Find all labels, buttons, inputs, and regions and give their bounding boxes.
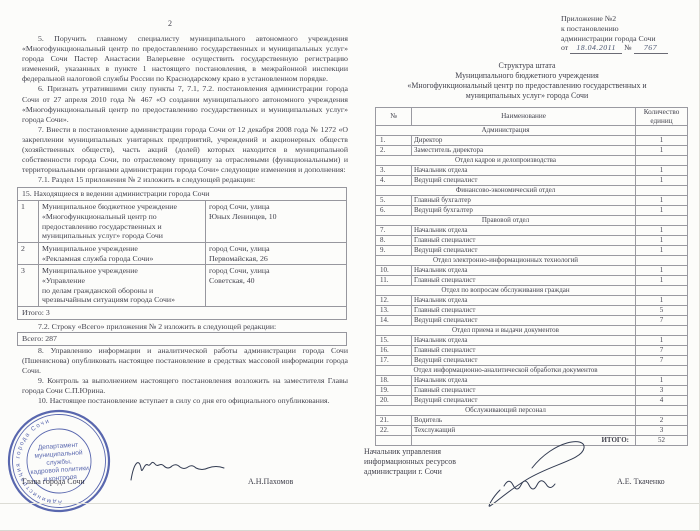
staff-section-row: Администрация (376, 126, 688, 136)
page-number: 2 (168, 19, 172, 28)
position-qty: 1 (636, 146, 688, 156)
staff-position-row: 18.Начальник отдела1 (376, 376, 688, 386)
position-number: 15. (376, 336, 412, 346)
position-qty: 7 (636, 356, 688, 366)
scanned-document: 2 5. Поручить главному специалисту муниц… (0, 0, 700, 531)
staff-position-row: 7.Начальник отдела1 (376, 226, 688, 236)
section-label: Правовой отдел (376, 216, 636, 226)
position-qty: 1 (636, 166, 688, 176)
position-number: 19. (376, 386, 412, 396)
clause-7-2: 7.2. Строку «Всего» приложения № 2 излож… (22, 322, 348, 332)
round-stamp: Администрация города Сочи Департамент му… (2, 404, 115, 517)
title-line: Структура штата (364, 61, 690, 71)
position-qty: 1 (636, 176, 688, 186)
resolution-paragraphs-tail: 8. Управлению информации и аналитической… (22, 346, 348, 407)
section-label: Отдел по вопросам обслуживания граждан (376, 286, 636, 296)
staff-structure-table: № Наименование Количество единиц Админис… (375, 107, 688, 446)
institution-address: город Сочи, улица Юных Ленинцев, 10 (206, 201, 347, 243)
vsego-box: Всего: 287 (17, 332, 347, 346)
col-header-no: № (376, 108, 412, 126)
staff-section-row: Отдел приема и выдачи документов (376, 326, 688, 336)
position-number: 9. (376, 246, 412, 256)
position-number: 12. (376, 296, 412, 306)
position-number: 11. (376, 276, 412, 286)
annex-line: Приложение №2 (561, 14, 690, 24)
position-number: 10. (376, 266, 412, 276)
staff-section-row: Правовой отдел (376, 216, 688, 226)
section-qty-empty (636, 326, 688, 336)
annex-header: Приложение №2к постановлениюадминистраци… (561, 14, 690, 54)
position-name: Главный специалист (412, 346, 636, 356)
staff-position-row: 8.Главный специалист1 (376, 236, 688, 246)
section15-table: 15. Находящиеся в ведении администрации … (17, 187, 347, 319)
signer-title-line: администрации г. Сочи (364, 467, 456, 477)
position-qty: 1 (636, 336, 688, 346)
annex-date-line: от 18.04.2011 № 767 (561, 43, 690, 54)
section-qty-empty (636, 156, 688, 166)
total-empty-cell (376, 436, 412, 446)
position-number: 14. (376, 316, 412, 326)
staff-position-row: 20.Ведущий специалист4 (376, 396, 688, 406)
staff-position-row: 9.Ведущий специалист1 (376, 246, 688, 256)
section15-header: 15. Находящиеся в ведении администрации … (18, 188, 347, 201)
position-qty: 4 (636, 396, 688, 406)
position-number: 22. (376, 426, 412, 436)
staff-position-row: 1.Директор1 (376, 136, 688, 146)
row-number: 3 (18, 265, 39, 307)
position-qty: 1 (636, 206, 688, 216)
row-number: 2 (18, 242, 39, 264)
position-qty: 7 (636, 316, 688, 326)
annex-line: к постановлению (561, 24, 690, 34)
position-name: Главный специалист (412, 386, 636, 396)
svg-text:и контроля: и контроля (43, 474, 77, 483)
position-name: Главный бухгалтер (412, 196, 636, 206)
section-label: Обслуживающий персонал (376, 406, 636, 416)
position-number: 4. (376, 176, 412, 186)
title-line: «Многофункциональный центр по предоставл… (364, 81, 690, 91)
staff-position-row: 21.Водитель2 (376, 416, 688, 426)
title-line: Муниципального бюджетного учреждения (364, 71, 690, 81)
position-name: Начальник отдела (412, 226, 636, 236)
position-number: 8. (376, 236, 412, 246)
staff-table-body: Администрация1.Директор12.Заместитель ди… (376, 126, 688, 436)
section15-header-row: 15. Находящиеся в ведении администрации … (18, 188, 347, 201)
staff-section-row: Отдел электронно-информационных технолог… (376, 256, 688, 266)
annex-lines: Приложение №2к постановлениюадминистраци… (561, 14, 690, 43)
date-prefix: от (561, 43, 568, 52)
page-left-resolution: 2 5. Поручить главному специалисту муниц… (22, 16, 348, 406)
position-qty: 1 (636, 266, 688, 276)
staff-section-row: Обслуживающий персонал (376, 406, 688, 416)
paragraph: 10. Настоящее постановление вступает в с… (22, 396, 348, 406)
right-signer-title: Начальник управленияинформационных ресур… (364, 447, 456, 477)
section-qty-empty (636, 216, 688, 226)
staff-section-row: Отдел кадров и делопроизводства (376, 156, 688, 166)
staff-position-row: 2.Заместитель директора1 (376, 146, 688, 156)
position-name: Главный специалист (412, 276, 636, 286)
position-number: 2. (376, 146, 412, 156)
position-name: Ведущий специалист (412, 246, 636, 256)
annex-line: администрации города Сочи (561, 34, 690, 44)
staff-position-row: 14.Ведущий специалист7 (376, 316, 688, 326)
resolution-paragraphs: 5. Поручить главному специалисту муницип… (22, 34, 348, 185)
position-name: Ведущий специалист (412, 356, 636, 366)
signer-title-line: информационных ресурсов (364, 457, 456, 467)
institution-name: Муниципальное бюджетное учреждение «Мног… (39, 201, 206, 243)
position-number: 21. (376, 416, 412, 426)
paragraph: 7.1. Раздел 15 приложения № 2 изложить в… (22, 175, 348, 185)
position-number: 20. (376, 396, 412, 406)
position-number: 16. (376, 346, 412, 356)
paragraph: 9. Контроль за выполнением настоящего по… (22, 376, 348, 396)
position-number: 17. (376, 356, 412, 366)
section-label: Отдел приема и выдачи документов (376, 326, 636, 336)
position-qty: 1 (636, 226, 688, 236)
staff-position-row: 19.Главный специалист3 (376, 386, 688, 396)
position-number: 13. (376, 306, 412, 316)
staff-section-row: Отдел информационно-аналитической обрабо… (376, 366, 688, 376)
stamp-center-text: Департамент муниципальной службы, кадров… (29, 441, 90, 484)
staff-position-row: 5.Главный бухгалтер1 (376, 196, 688, 206)
section-qty-empty (636, 286, 688, 296)
position-number: 3. (376, 166, 412, 176)
institution-address: город Сочи, улица Первомайская, 26 (206, 242, 347, 264)
position-qty: 1 (636, 236, 688, 246)
section-label: Финансово-экономический отдел (376, 186, 636, 196)
number-label: № (624, 43, 631, 52)
staff-position-row: 6.Ведущий бухгалтер1 (376, 206, 688, 216)
table-row: 1 Муниципальное бюджетное учреждение «Мн… (18, 201, 347, 243)
section-qty-empty (636, 256, 688, 266)
paragraph: 7. Внести в постановление администрации … (22, 125, 348, 175)
position-name: Водитель (412, 416, 636, 426)
position-qty: 5 (636, 306, 688, 316)
staff-section-row: Финансово-экономический отдел (376, 186, 688, 196)
col-header-qty: Количество единиц (636, 108, 688, 126)
position-number: 18. (376, 376, 412, 386)
section-label: Администрация (376, 126, 636, 136)
position-number: 5. (376, 196, 412, 206)
signer-title-line: Начальник управления (364, 447, 456, 457)
position-name: Ведущий специалист (412, 396, 636, 406)
staff-position-row: 16.Главный специалист7 (376, 346, 688, 356)
scan-page-edge (0, 503, 700, 504)
position-name: Заместитель директора (412, 146, 636, 156)
position-qty: 1 (636, 376, 688, 386)
right-signer-name: А.Е. Ткаченко (617, 477, 665, 486)
table-row: 3 Муниципальное учреждение «Управление п… (18, 265, 347, 307)
page-right-annex: Приложение №2к постановлениюадминистраци… (364, 14, 690, 446)
position-number: 1. (376, 136, 412, 146)
position-qty: 7 (636, 346, 688, 356)
staff-section-row: Отдел по вопросам обслуживания граждан (376, 286, 688, 296)
staff-position-row: 3.Начальник отдела1 (376, 166, 688, 176)
staff-position-row: 13.Главный специалист5 (376, 306, 688, 316)
position-qty: 1 (636, 296, 688, 306)
paragraph: 6. Признать утратившими силу пункты 7, 7… (22, 84, 348, 124)
staff-position-row: 12.Начальник отдела1 (376, 296, 688, 306)
paragraph: 5. Поручить главному специалисту муницип… (22, 34, 348, 84)
handwritten-number: 767 (634, 43, 668, 54)
position-number: 7. (376, 226, 412, 236)
position-name: Главный специалист (412, 306, 636, 316)
staff-header-row: № Наименование Количество единиц (376, 108, 688, 126)
institution-address: город Сочи, улица Советская, 40 (206, 265, 347, 307)
annex-title: Структура штатаМуниципального бюджетного… (364, 61, 690, 101)
position-name: Начальник отдела (412, 376, 636, 386)
section-label: Отдел электронно-информационных технолог… (376, 256, 636, 266)
position-qty: 1 (636, 196, 688, 206)
total-value: 52 (636, 436, 688, 446)
handwritten-date: 18.04.2011 (570, 43, 622, 54)
position-number: 6. (376, 206, 412, 216)
position-name: Главный специалист (412, 236, 636, 246)
position-name: Ведущий специалист (412, 176, 636, 186)
title-line: муниципальных услуг» города Сочи (364, 91, 690, 101)
staff-position-row: 4.Ведущий специалист1 (376, 176, 688, 186)
staff-position-row: 17.Ведущий специалист7 (376, 356, 688, 366)
position-qty: 1 (636, 276, 688, 286)
position-name: Ведущий специалист (412, 316, 636, 326)
position-name: Директор (412, 136, 636, 146)
position-name: Начальник отдела (412, 266, 636, 276)
position-name: Начальник отдела (412, 296, 636, 306)
section-label: Отдел кадров и делопроизводства (376, 156, 636, 166)
section-qty-empty (636, 126, 688, 136)
position-name: Начальник отдела (412, 336, 636, 346)
position-qty: 3 (636, 386, 688, 396)
pakhomov-signature (126, 454, 236, 488)
position-name: Начальник отдела (412, 166, 636, 176)
position-qty: 1 (636, 246, 688, 256)
section-label: Отдел информационно-аналитической обрабо… (376, 366, 636, 376)
section15-total: Итого: 3 (18, 307, 347, 320)
staff-position-row: 11.Главный специалист1 (376, 276, 688, 286)
left-signer-name: А.Н.Пахомов (248, 477, 293, 486)
position-name: Ведущий бухгалтер (412, 206, 636, 216)
position-qty: 1 (636, 136, 688, 146)
tkachenko-signature (474, 434, 609, 512)
institution-name: Муниципальное учреждение «Управление по … (39, 265, 206, 307)
section15-total-row: Итого: 3 (18, 307, 347, 320)
section-qty-empty (636, 186, 688, 196)
col-header-name: Наименование (412, 108, 636, 126)
section-qty-empty (636, 366, 688, 376)
paragraph: 8. Управлению информации и аналитической… (22, 346, 348, 376)
row-number: 1 (18, 201, 39, 243)
position-qty: 2 (636, 416, 688, 426)
institution-name: Муниципальное учреждение «Рекламная служ… (39, 242, 206, 264)
staff-position-row: 15.Начальник отдела1 (376, 336, 688, 346)
staff-position-row: 10.Начальник отдела1 (376, 266, 688, 276)
table-row: 2 Муниципальное учреждение «Рекламная сл… (18, 242, 347, 264)
position-qty: 3 (636, 426, 688, 436)
section-qty-empty (636, 406, 688, 416)
